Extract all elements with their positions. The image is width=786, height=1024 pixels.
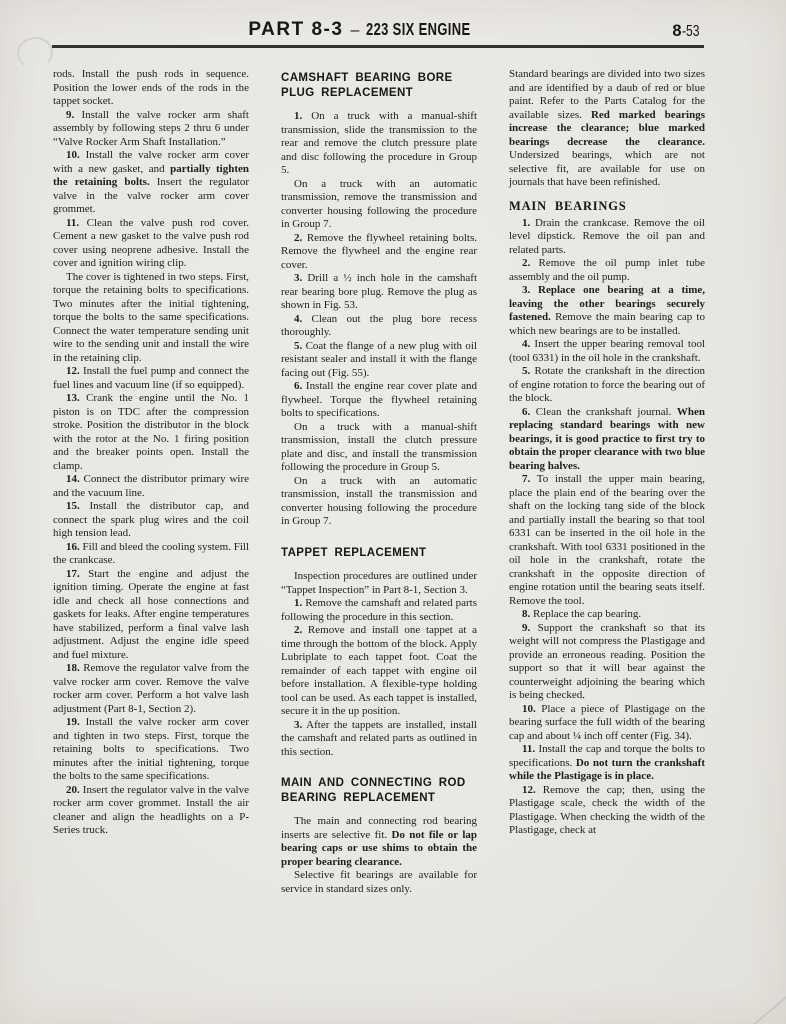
step-paragraph: 17. Start the engine and adjust the igni… xyxy=(53,568,249,663)
title-dash: – xyxy=(350,22,359,40)
step-paragraph: 4. Insert the upper bearing removal tool… xyxy=(509,338,705,365)
step-paragraph: 5. Rotate the crankshaft in the directio… xyxy=(509,365,705,406)
step-paragraph: 4. Clean out the plug bore recess thorou… xyxy=(281,313,477,340)
step-paragraph: 10. Install the valve rocker arm cover w… xyxy=(53,149,249,217)
paragraph: Selective fit bearings are available for… xyxy=(281,869,477,896)
manual-page: PART 8-3 – 223 SIX ENGINE 8 -53 rods. In… xyxy=(0,0,786,1024)
step-paragraph: 8. Replace the cap bearing. xyxy=(509,608,705,622)
section-heading: TAPPET REPLACEMENT xyxy=(281,546,477,561)
text-columns: rods. Install the push rods in sequence.… xyxy=(53,68,705,896)
step-paragraph: 2. Remove and install one tappet at a ti… xyxy=(281,624,477,719)
paragraph: Inspection procedures are outlined under… xyxy=(281,570,477,597)
paragraph: On a truck with a manual-shift transmiss… xyxy=(281,421,477,475)
step-paragraph: 3. Drill a ½ inch hole in the camshaft r… xyxy=(281,272,477,313)
step-paragraph: 15. Install the distributor cap, and con… xyxy=(53,500,249,541)
step-paragraph: 2. Remove the flywheel retaining bolts. … xyxy=(281,232,477,273)
page-number: 8 -53 xyxy=(672,22,704,41)
paragraph: Standard bearings are divided into two s… xyxy=(509,68,705,190)
step-paragraph: 1. On a truck with a manual-shift transm… xyxy=(281,110,477,178)
step-paragraph: 6. Clean the crankshaft journal. When re… xyxy=(509,406,705,474)
section-heading: MAIN AND CONNECTING ROD BEARING REPLACEM… xyxy=(281,776,477,805)
scan-artifact-line xyxy=(751,993,786,1024)
step-paragraph: 13. Crank the engine until the No. 1 pis… xyxy=(53,392,249,473)
step-paragraph: 1. Remove the camshaft and related parts… xyxy=(281,597,477,624)
step-paragraph: 3. Replace one bearing at a time, leavin… xyxy=(509,284,705,338)
paragraph: rods. Install the push rods in sequence.… xyxy=(53,68,249,109)
step-paragraph: 3. After the tappets are installed, inst… xyxy=(281,719,477,760)
engine-title-label: 223 SIX ENGINE xyxy=(366,19,471,40)
sub-heading: MAIN BEARINGS xyxy=(509,199,705,214)
part-number-label: PART 8-3 xyxy=(248,19,343,41)
step-paragraph: 12. Install the fuel pump and connect th… xyxy=(53,365,249,392)
step-paragraph: 7. To install the upper main bearing, pl… xyxy=(509,473,705,608)
page-number-major: 8 xyxy=(672,22,681,41)
step-paragraph: 18. Remove the regulator valve from the … xyxy=(53,662,249,716)
step-paragraph: 9. Install the valve rocker arm shaft as… xyxy=(53,109,249,150)
step-paragraph: 19. Install the valve rocker arm cover a… xyxy=(53,716,249,784)
section-heading: CAMSHAFT BEARING BORE PLUG REPLACEMENT xyxy=(281,71,477,100)
paragraph: On a truck with an automatic transmissio… xyxy=(281,178,477,232)
header-rule xyxy=(52,45,704,48)
step-paragraph: 2. Remove the oil pump inlet tube assemb… xyxy=(509,257,705,284)
column-1: rods. Install the push rods in sequence.… xyxy=(53,68,249,896)
step-paragraph: 12. Remove the cap; then, using the Plas… xyxy=(509,784,705,838)
step-paragraph: 1. Drain the crankcase. Remove the oil l… xyxy=(509,217,705,258)
step-paragraph: 20. Insert the regulator valve in the va… xyxy=(53,784,249,838)
paragraph: The cover is tightened in two steps. Fir… xyxy=(53,271,249,366)
step-paragraph: 14. Connect the distributor primary wire… xyxy=(53,473,249,500)
step-paragraph: 11. Clean the valve push rod cover. Ceme… xyxy=(53,217,249,271)
page-number-minor: -53 xyxy=(682,23,699,41)
step-paragraph: 16. Fill and bleed the cooling system. F… xyxy=(53,541,249,568)
step-paragraph: 9. Support the crankshaft so that its we… xyxy=(509,622,705,703)
paragraph: The main and connecting rod bearing inse… xyxy=(281,815,477,869)
page-title: PART 8-3 – 223 SIX ENGINE xyxy=(52,19,704,41)
paragraph: On a truck with an automatic transmissio… xyxy=(281,475,477,529)
column-3: Standard bearings are divided into two s… xyxy=(509,68,705,896)
step-paragraph: 10. Place a piece of Plastigage on the b… xyxy=(509,703,705,744)
step-paragraph: 5. Coat the flange of a new plug with oi… xyxy=(281,340,477,381)
step-paragraph: 6. Install the engine rear cover plate a… xyxy=(281,380,477,421)
step-paragraph: 11. Install the cap and torque the bolts… xyxy=(509,743,705,784)
column-2: CAMSHAFT BEARING BORE PLUG REPLACEMENT1.… xyxy=(281,68,477,896)
scan-artifact-arc xyxy=(15,35,54,71)
